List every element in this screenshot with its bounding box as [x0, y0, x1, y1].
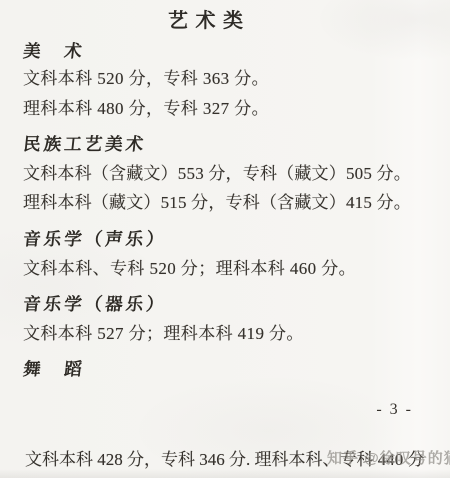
scanned-document-page: 艺 术 类 美 术 文科本科 520 分，专科 363 分。 理科本科 480 … [0, 0, 450, 478]
section-heading-music-instrumental: 音乐学（器乐） [22, 291, 168, 316]
score-line-ethnic-liberal: 文科本科（含藏文）553 分，专科（藏文）505 分。 [23, 159, 411, 184]
zhihu-watermark: 知乎 @徐叹号的猫 [327, 447, 450, 468]
page-number: - 3 - [376, 401, 413, 419]
score-line-fine-arts-liberal: 文科本科 520 分，专科 363 分。 [23, 64, 269, 89]
score-line-music-instrumental: 文科本科 527 分；理科本科 419 分。 [23, 319, 304, 344]
score-line-music-vocal: 文科本科、专科 520 分；理科本科 460 分。 [23, 254, 356, 279]
section-heading-fine-arts: 美 术 [22, 38, 86, 63]
section-heading-dance: 舞 蹈 [22, 356, 86, 381]
score-line-fine-arts-science: 理科本科 480 分，专科 327 分。 [23, 94, 269, 119]
page-title: 艺 术 类 [0, 4, 412, 33]
section-heading-ethnic-crafts: 民族工艺美术 [22, 131, 148, 156]
section-heading-music-vocal: 音乐学（声乐） [22, 226, 168, 251]
score-line-ethnic-science: 理科本科（藏文）515 分，专科（含藏文）415 分。 [23, 188, 411, 213]
